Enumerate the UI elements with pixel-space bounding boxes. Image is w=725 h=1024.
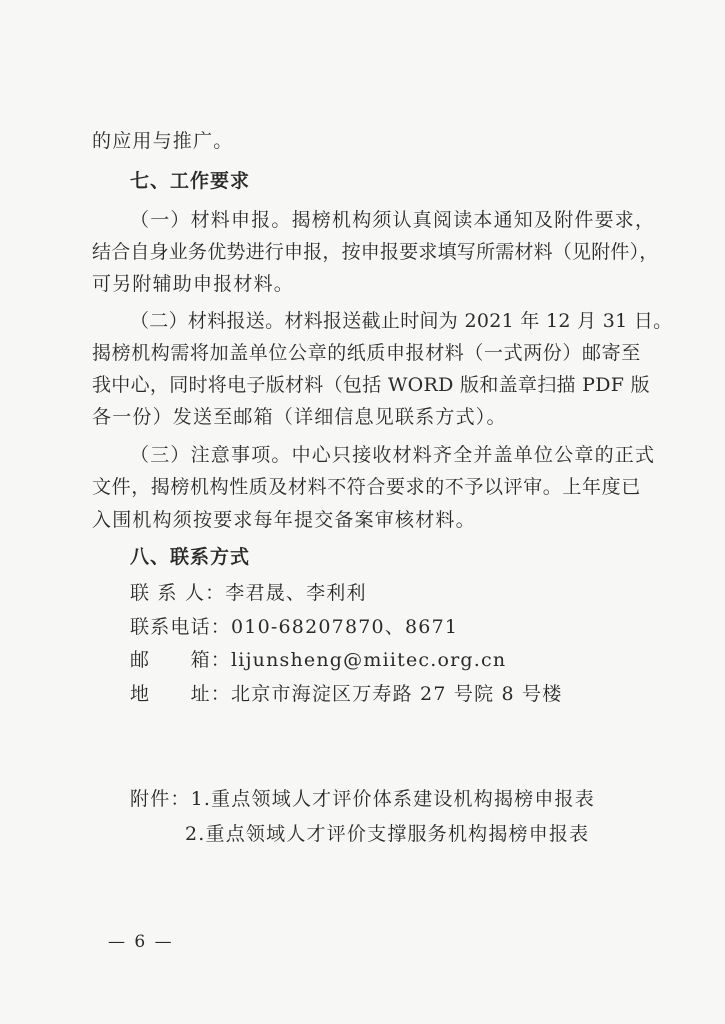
item-1-line-3: 可另附辅助申报材料。 (92, 272, 294, 296)
section-7-heading: 七、工作要求 (130, 169, 250, 193)
item-3-line-2: 文件，揭榜机构性质及材料不符合要求的不予以评审。上年度已 (92, 475, 641, 499)
item-1-line-2: 结合自身业务优势进行申报，按申报要求填写所需材料（见附件）， (92, 240, 659, 264)
item-2-line-2: 揭榜机构需将加盖单位公章的纸质申报材料（一式两份）邮寄至 (92, 341, 641, 365)
item-2-line-4: 各一份）发送至邮箱（详细信息见联系方式）。 (92, 405, 507, 429)
contact-phone-row: 联系电话：010-68207870、8671 (130, 615, 458, 639)
contact-email-label: 邮 箱： (130, 649, 231, 671)
item-2-line-1: （二）材料报送。材料报送截止时间为 2021 年 12 月 31 日。 (130, 309, 672, 333)
item-2-line-3: 我中心，同时将电子版材料（包括 WORD 版和盖章扫描 PDF 版 (92, 373, 650, 397)
attachments-label: 附件： (130, 788, 191, 810)
intro-tail: 的应用与推广。 (92, 129, 233, 153)
attachment-item: 1.重点领域人才评价体系建设机构揭榜申报表 (191, 788, 595, 810)
contact-phone-value: 010-68207870、8671 (231, 616, 458, 638)
contact-address-row: 地 址：北京市海淀区万寿路 27 号院 8 号楼 (130, 682, 562, 706)
contact-person-label: 联 系 人： (130, 582, 225, 604)
contact-phone-label: 联系电话： (130, 616, 231, 638)
item-3-line-1: （三）注意事项。中心只接收材料齐全并盖单位公章的正式 (130, 443, 655, 467)
page-number: — 6 — (108, 932, 174, 952)
section-8-heading: 八、联系方式 (130, 545, 250, 569)
item-1-line-1: （一）材料申报。揭榜机构须认真阅读本通知及附件要求， (130, 208, 655, 232)
attachment-item: 2.重点领域人才评价支撑服务机构揭榜申报表 (185, 822, 589, 846)
contact-address-label: 地 址： (130, 683, 231, 705)
contact-email-row: 邮 箱：lijunsheng@miitec.org.cn (130, 648, 506, 672)
contact-person-row: 联 系 人：李君晟、李利利 (130, 581, 367, 605)
document-page: 的应用与推广。 七、工作要求 （一）材料申报。揭榜机构须认真阅读本通知及附件要求… (0, 0, 725, 1024)
item-3-line-3: 入围机构须按要求每年提交备案审核材料。 (92, 508, 476, 532)
attachments-row-1: 附件：1.重点领域人才评价体系建设机构揭榜申报表 (130, 787, 595, 811)
contact-email-value[interactable]: lijunsheng@miitec.org.cn (231, 649, 506, 671)
contact-address-value: 北京市海淀区万寿路 27 号院 8 号楼 (231, 683, 562, 705)
contact-person-value: 李君晟、李利利 (225, 582, 366, 604)
